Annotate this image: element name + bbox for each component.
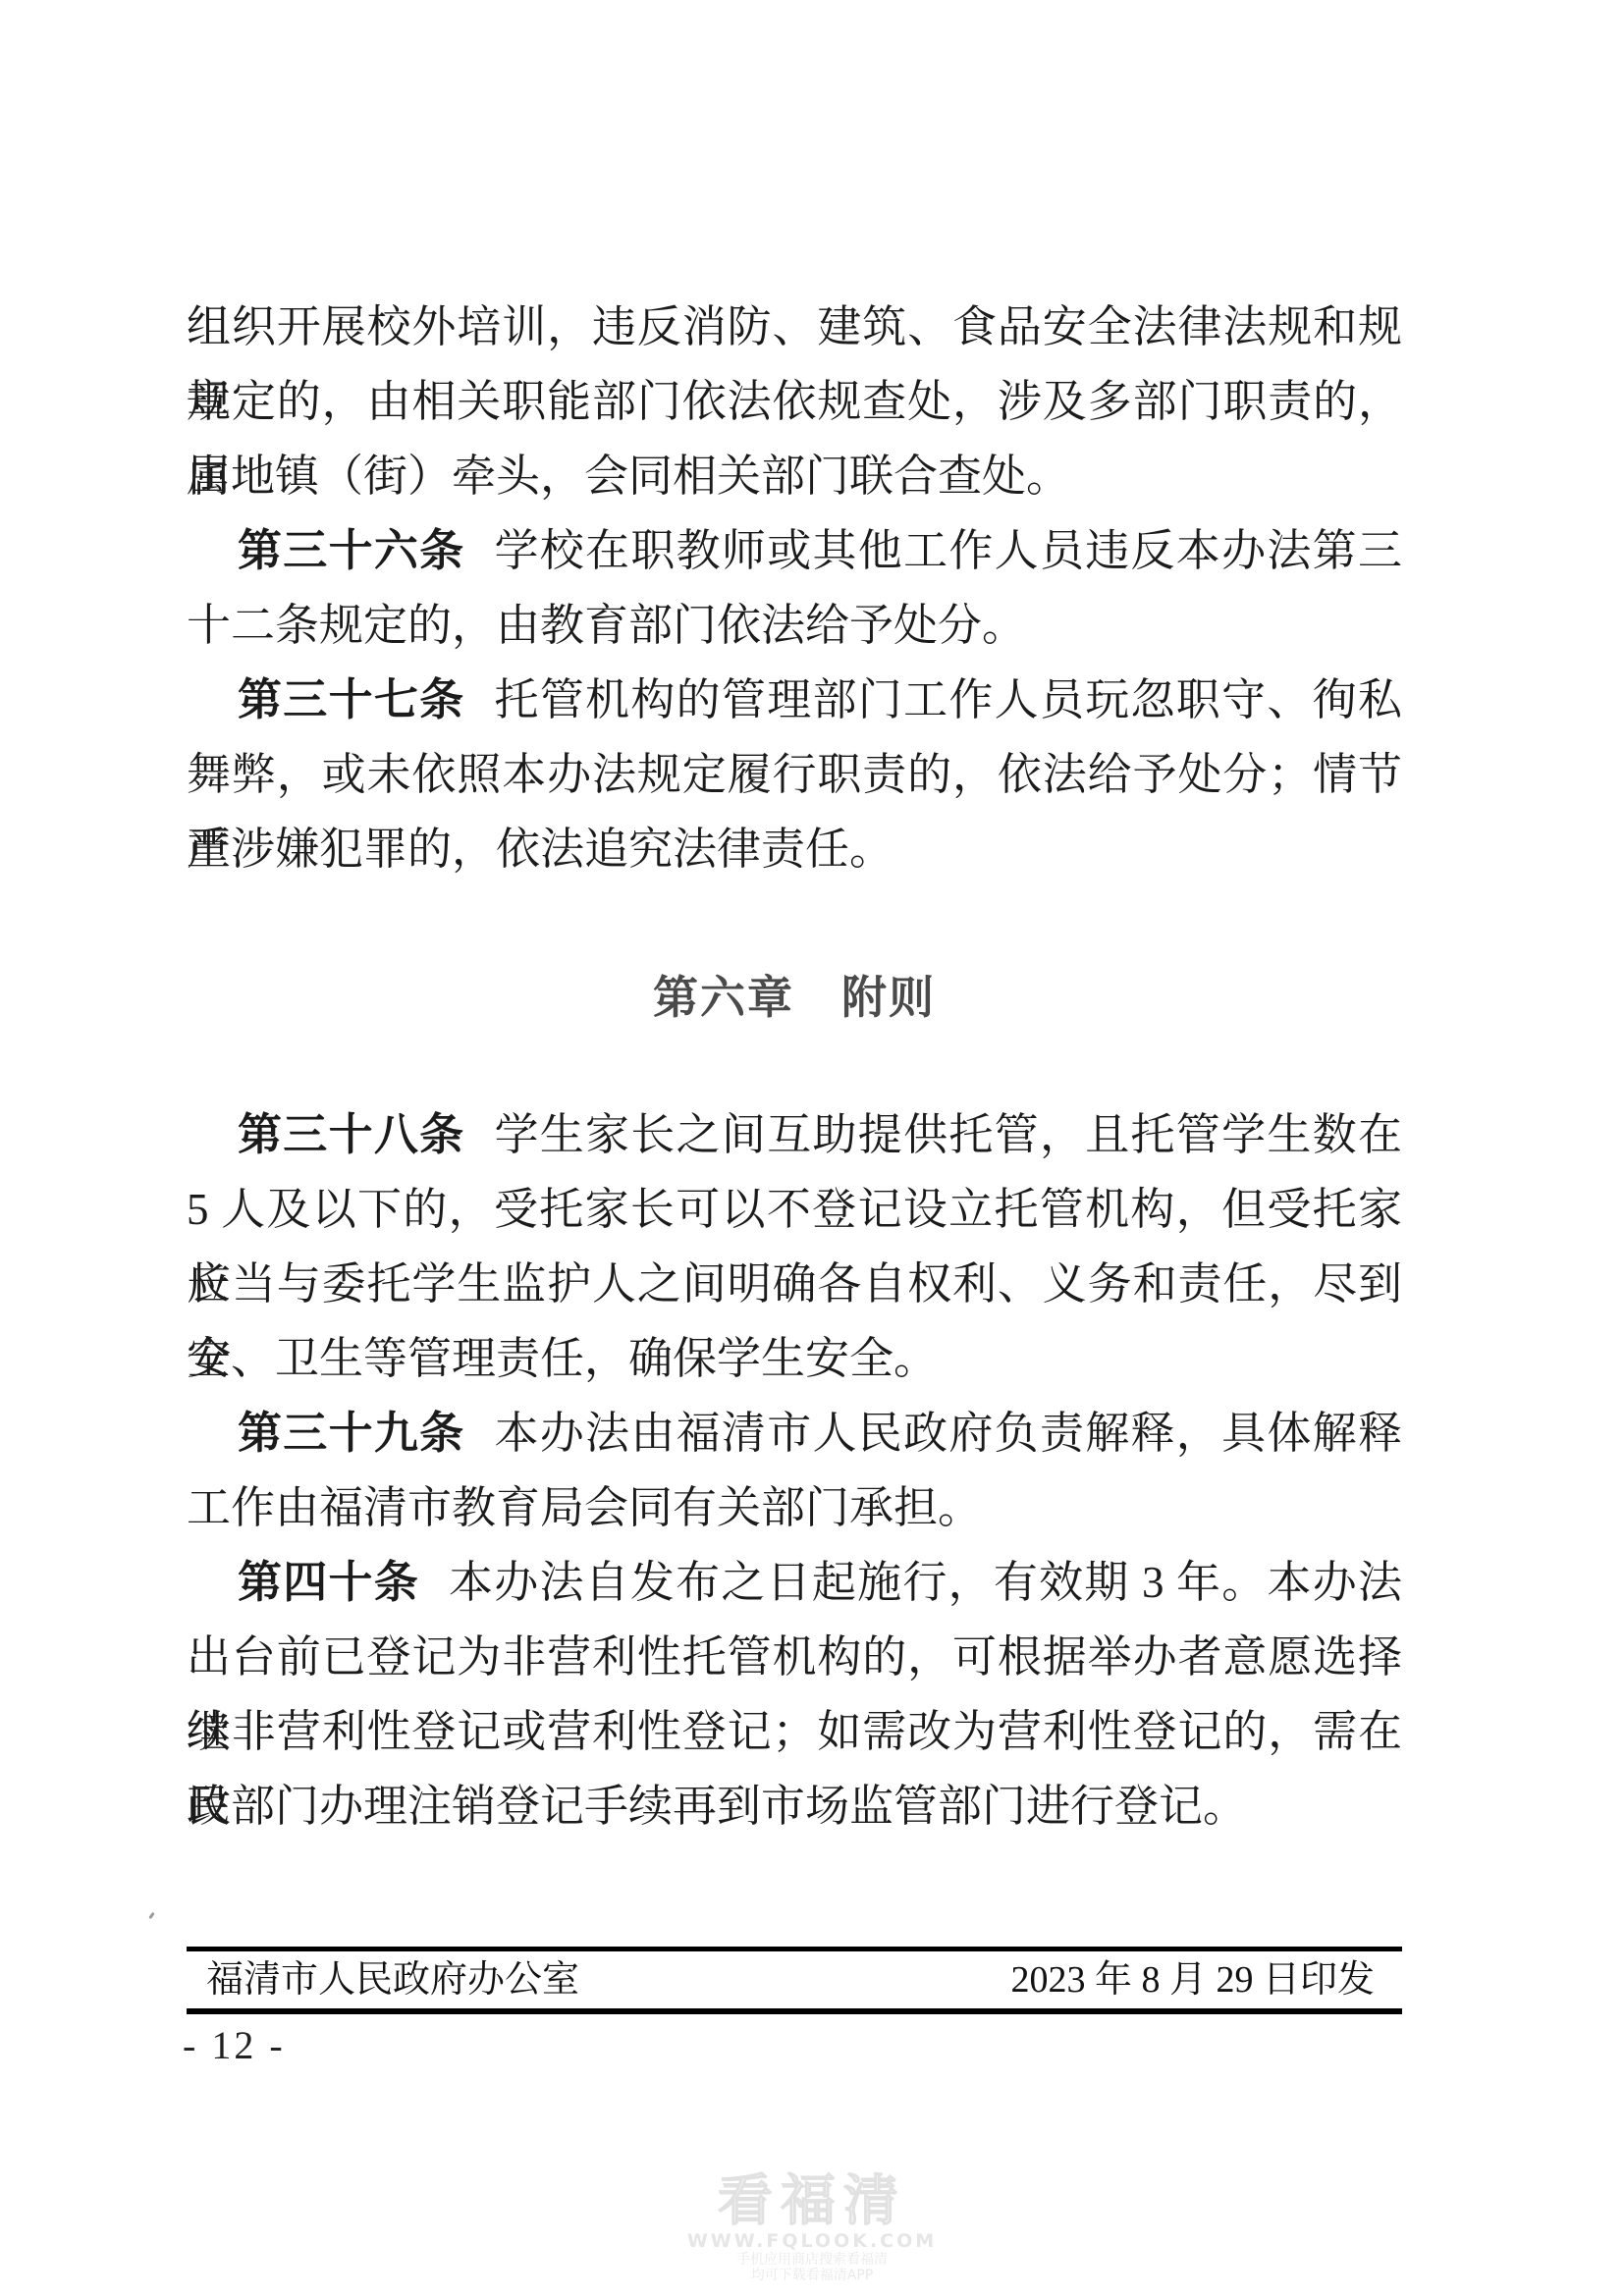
watermark-note-line1: 手机应用商店搜索看福清 — [0, 2252, 1624, 2268]
watermark-url: WWW.FQLOOK.COM — [0, 2230, 1624, 2252]
body-line: 出台前已登记为非营利性托管机构的，可根据举办者意愿选择继 — [187, 1620, 1402, 1694]
article-text: 本办法自发布之日起施行，有效期 3 年。本办法 — [449, 1558, 1402, 1607]
article-number: 第三十八条 — [238, 1110, 464, 1159]
article-number: 第三十九条 — [238, 1409, 464, 1458]
body-line: 政部门办理注销登记手续再到市场监管部门进行登记。 — [187, 1769, 1402, 1843]
footer-row: 福清市人民政府办公室 2023 年 8 月 29 日印发 — [187, 1951, 1402, 2008]
document-page: 组织开展校外培训，违反消防、建筑、食品安全法律法规和规章 规定的，由相关职能部门… — [0, 0, 1624, 2296]
body-line: 工作由福清市教育局会同有关部门承担。 — [187, 1470, 1402, 1545]
footer-rule-bottom — [187, 2008, 1402, 2014]
article-number: 第三十七条 — [238, 675, 464, 724]
body-line: 舞弊，或未依照本办法规定履行职责的，依法给予处分；情节严 — [187, 737, 1402, 812]
page-number: - 12 - — [183, 2022, 286, 2068]
body-line-article-40: 第四十条本办法自发布之日起施行，有效期 3 年。本办法 — [187, 1545, 1402, 1620]
body-line: 规定的，由相关职能部门依法依规查处，涉及多部门职责的，由 — [187, 364, 1402, 439]
footer-print-date: 2023 年 8 月 29 日印发 — [1010, 1951, 1375, 2008]
watermark-note-line2: 均可下载看福清APP — [0, 2268, 1624, 2283]
body-line: 十二条规定的，由教育部门依法给予处分。 — [187, 588, 1402, 663]
body-line-article-37: 第三十七条托管机构的管理部门工作人员玩忽职守、徇私 — [187, 663, 1402, 737]
body-line: 重涉嫌犯罪的，依法追究法律责任。 — [187, 812, 1402, 886]
article-text: 托管机构的管理部门工作人员玩忽职守、徇私 — [494, 675, 1402, 724]
document-body: 组织开展校外培训，违反消防、建筑、食品安全法律法规和规章 规定的，由相关职能部门… — [187, 290, 1402, 1843]
body-line-article-38: 第三十八条学生家长之间互助提供托管，且托管学生数在 — [187, 1097, 1402, 1172]
body-line: 全、卫生等管理责任，确保学生安全。 — [187, 1321, 1402, 1396]
body-line: 5 人及以下的，受托家长可以不登记设立托管机构，但受托家长 — [187, 1172, 1402, 1247]
scan-artifact — [148, 1912, 154, 1919]
watermark-brand: 看福清 — [0, 2173, 1624, 2230]
footer-office: 福清市人民政府办公室 — [206, 1951, 579, 2008]
article-number: 第三十六条 — [238, 526, 464, 575]
body-line: 应当与委托学生监护人之间明确各自权利、义务和责任，尽到安 — [187, 1247, 1402, 1321]
article-text: 学生家长之间互助提供托管，且托管学生数在 — [494, 1110, 1402, 1159]
site-watermark: 看福清 WWW.FQLOOK.COM 手机应用商店搜索看福清 均可下载看福清AP… — [0, 2173, 1624, 2283]
body-line: 续非营利性登记或营利性登记；如需改为营利性登记的，需在民 — [187, 1694, 1402, 1769]
body-line: 属地镇（街）牵头，会同相关部门联合查处。 — [187, 439, 1402, 513]
body-line-article-39: 第三十九条本办法由福清市人民政府负责解释，具体解释 — [187, 1396, 1402, 1470]
article-number: 第四十条 — [238, 1558, 419, 1607]
body-line-article-36: 第三十六条学校在职教师或其他工作人员违反本办法第三 — [187, 513, 1402, 588]
article-text: 学校在职教师或其他工作人员违反本办法第三 — [494, 526, 1402, 575]
body-line: 组织开展校外培训，违反消防、建筑、食品安全法律法规和规章 — [187, 290, 1402, 364]
article-text: 本办法由福清市人民政府负责解释，具体解释 — [494, 1409, 1402, 1458]
chapter-heading: 第六章 附则 — [187, 960, 1402, 1035]
